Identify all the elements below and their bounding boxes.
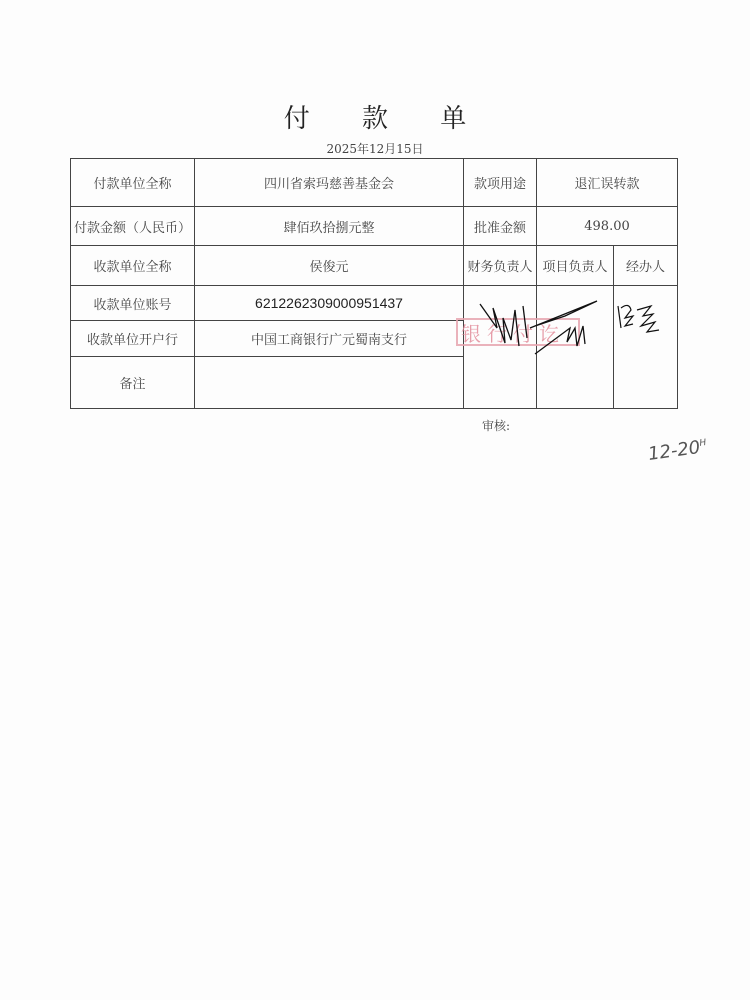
account-label: 收款单位账号 <box>70 285 195 321</box>
payer-label: 付款单位全称 <box>70 158 195 207</box>
handwritten-date: 12-20 <box>647 437 702 465</box>
handler-label: 经办人 <box>613 245 678 286</box>
payee-label: 收款单位全称 <box>70 245 195 286</box>
account-value: 6212262309000951437 <box>194 285 464 321</box>
project-head-label: 项目负责人 <box>536 245 614 286</box>
signature-finance-project-icon <box>475 298 615 358</box>
bank-label: 收款单位开户行 <box>70 320 195 357</box>
signature-handler-icon <box>615 300 665 340</box>
review-label: 审核: <box>482 417 510 434</box>
document-title: 付 款 单 <box>0 98 750 135</box>
payer-value: 四川省索玛慈善基金会 <box>194 158 464 207</box>
approved-value: 498.00 <box>536 206 678 246</box>
amount-value: 肆佰玖拾捌元整 <box>194 206 464 246</box>
purpose-label: 款项用途 <box>463 158 537 207</box>
handwritten-note: 12-20H <box>647 436 708 465</box>
purpose-value: 退汇误转款 <box>536 158 678 207</box>
approved-label: 批准金额 <box>463 206 537 246</box>
bank-value: 中国工商银行广元蜀南支行 <box>194 320 464 357</box>
finance-head-label: 财务负责人 <box>463 245 537 286</box>
remarks-label: 备注 <box>70 356 195 409</box>
payee-value: 侯俊元 <box>194 245 464 286</box>
amount-label: 付款金额（人民币） <box>70 206 195 246</box>
remarks-value <box>194 356 464 409</box>
document-date: 2025年12月15日 <box>0 140 750 157</box>
handwritten-superscript: H <box>699 438 707 449</box>
